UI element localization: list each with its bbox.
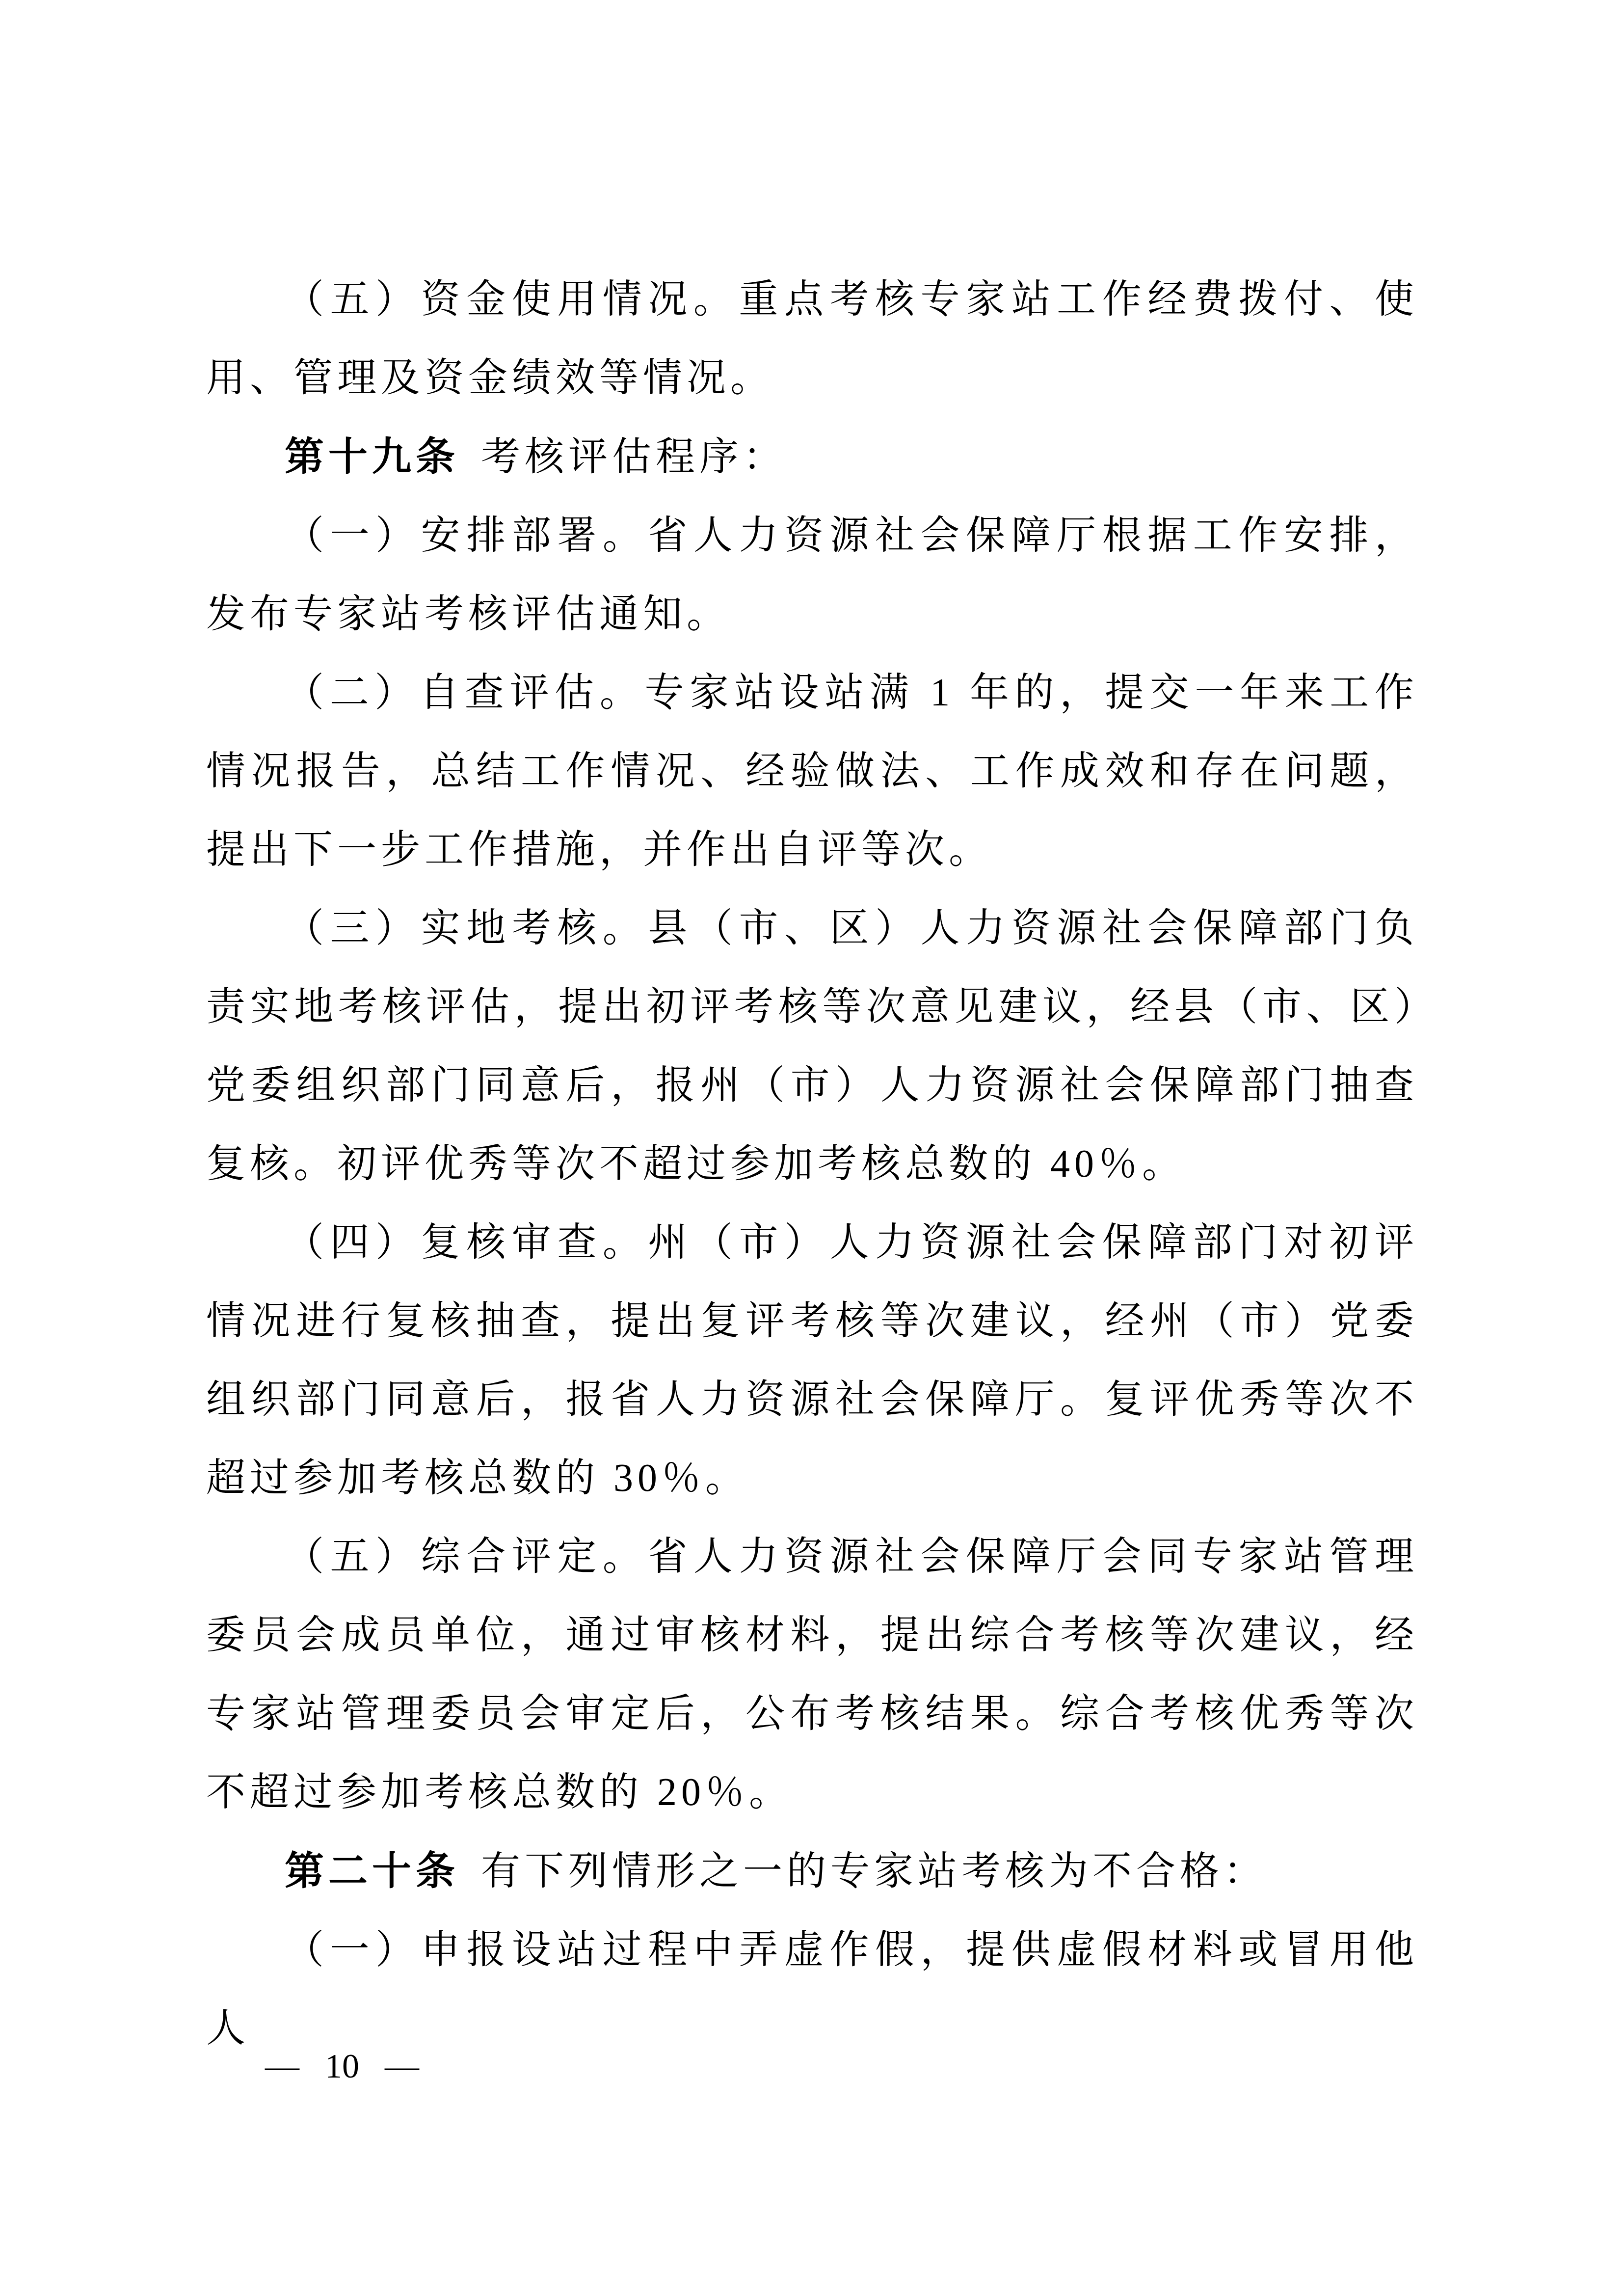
article-19-title: 考核评估程序： [481,435,787,479]
article-heading-20: 第二十条有下列情形之一的专家站考核为不合格： [206,1832,1418,1911]
article-20-number: 第二十条 [285,1849,459,1892]
footer-right-dash: — [385,2037,419,2096]
document-body: （五）资金使用情况。重点考核专家站工作经费拨付、使用、管理及资金绩效等情况。 第… [206,260,1418,2068]
para-item-3-field-assessment: （三）实地考核。县（市、区）人力资源社会保障部门负责实地考核评估，提出初评考核等… [206,889,1418,1203]
article-heading-19: 第十九条考核评估程序： [206,417,1418,496]
footer-left-dash: — [265,2037,299,2096]
para-item-5-comprehensive-evaluation: （五）综合评定。省人力资源社会保障厅会同专家站管理委员会成员单位，通过审核材料，… [206,1517,1418,1832]
para-item-2-self-assessment: （二）自查评估。专家站设站满 1 年的，提交一年来工作情况报告，总结工作情况、经… [206,653,1418,889]
document-page: （五）资金使用情况。重点考核专家站工作经费拨付、使用、管理及资金绩效等情况。 第… [0,0,1623,2296]
para-funds-usage: （五）资金使用情况。重点考核专家站工作经费拨付、使用、管理及资金绩效等情况。 [206,260,1418,417]
page-footer: — 10 — [265,2037,419,2096]
para-item-1-arrangement: （一）安排部署。省人力资源社会保障厅根据工作安排，发布专家站考核评估通知。 [206,496,1418,653]
article-20-title: 有下列情形之一的专家站考核为不合格： [481,1850,1267,1893]
article-19-number: 第十九条 [285,434,459,478]
para-item-4-review: （四）复核审查。州（市）人力资源社会保障部门对初评情况进行复核抽查，提出复评考核… [206,1203,1418,1517]
page-number: 10 [325,2037,359,2096]
